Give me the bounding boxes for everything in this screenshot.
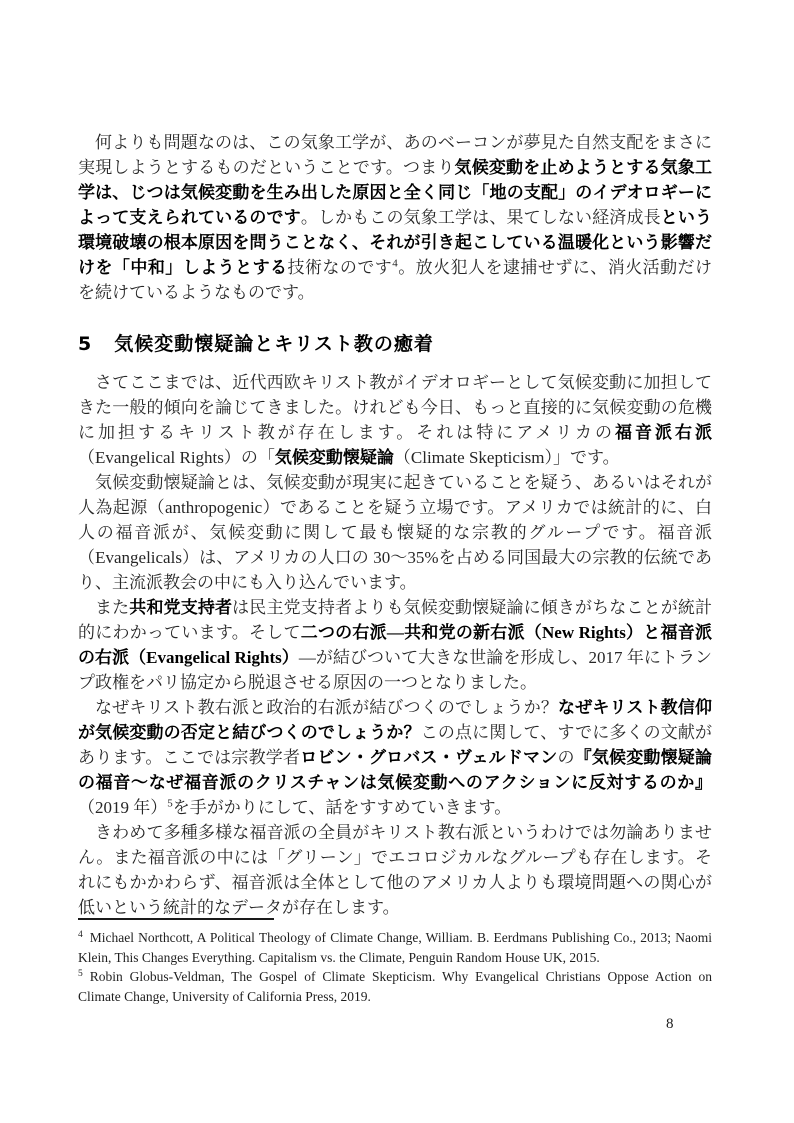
paragraph: 気候変動懐疑論とは、気候変動が現実に起きていることを疑う、あるいはそれが人為起源… (78, 470, 712, 595)
footnote-text: Robin Globus-Veldman, The Gospel of Clim… (78, 969, 712, 1004)
emphasis-text: ロビン・グロバス・ヴェルドマン (300, 748, 557, 767)
body-text: の (557, 748, 574, 767)
paragraph: きわめて多種多様な福音派の全員がキリスト教右派というわけでは勿論ありません。また… (78, 820, 712, 920)
section-number: 5 (78, 333, 92, 355)
body-text: （2019 年） (78, 798, 167, 817)
section-heading: 5気候変動懐疑論とキリスト教の癒着 (78, 329, 712, 356)
body-text: 気候変動懐疑論とは、気候変動が現実に起きていることを疑う、あるいはそれが人為起源… (78, 473, 712, 592)
body-text: （Evangelical Rights）の「 (78, 448, 275, 467)
paragraph: さてここまでは、近代西欧キリスト教がイデオロギーとして気候変動に加担してきた一般… (78, 370, 712, 470)
paragraph: なぜキリスト教右派と政治的右派が結びつくのでしょうか？なぜキリスト教信仰が気候変… (78, 695, 712, 820)
body-text: きわめて多種多様な福音派の全員がキリスト教右派というわけでは勿論ありません。また… (78, 823, 712, 917)
footnotes-section: 4Michael Northcott, A Political Theology… (78, 918, 712, 1006)
body-text: 技術なのです (288, 258, 393, 277)
body-text: （Climate Skepticism）」です。 (394, 448, 620, 467)
footnote: 5Robin Globus-Veldman, The Gospel of Cli… (78, 967, 712, 1006)
body-text: なぜキリスト教右派と政治的右派が結びつくのでしょうか？ (95, 698, 558, 717)
page-number: 8 (666, 1016, 674, 1033)
emphasis-text: 福音派右派 (615, 423, 712, 442)
body-text: を手がかりにして、話をすすめていきます。 (173, 798, 511, 817)
section-title: 気候変動懐疑論とキリスト教の癒着 (114, 333, 434, 355)
body-text: 。しかもこの気象工学は、果てしない経済成長 (301, 208, 661, 227)
body-blocks: 何よりも問題なのは、この気象工学が、あのベーコンが夢見た自然支配をまさに実現しよ… (78, 130, 712, 920)
footnote: 4Michael Northcott, A Political Theology… (78, 928, 712, 967)
body-text: また (95, 598, 129, 617)
footnote-separator (78, 918, 274, 920)
emphasis-text: 気候変動懐疑論 (275, 448, 394, 467)
paragraph: また共和党支持者は民主党支持者よりも気候変動懐疑論に傾きがちなことが統計的にわか… (78, 595, 712, 695)
footnote-text: Michael Northcott, A Political Theology … (78, 930, 712, 965)
emphasis-text: 共和党支持者 (129, 598, 232, 617)
document-page: 何よりも問題なのは、この気象工学が、あのベーコンが夢見た自然支配をまさに実現しよ… (0, 0, 794, 1123)
footnote-marker: 5 (78, 969, 83, 979)
footnote-marker: 4 (78, 930, 83, 940)
paragraph: 何よりも問題なのは、この気象工学が、あのベーコンが夢見た自然支配をまさに実現しよ… (78, 130, 712, 305)
